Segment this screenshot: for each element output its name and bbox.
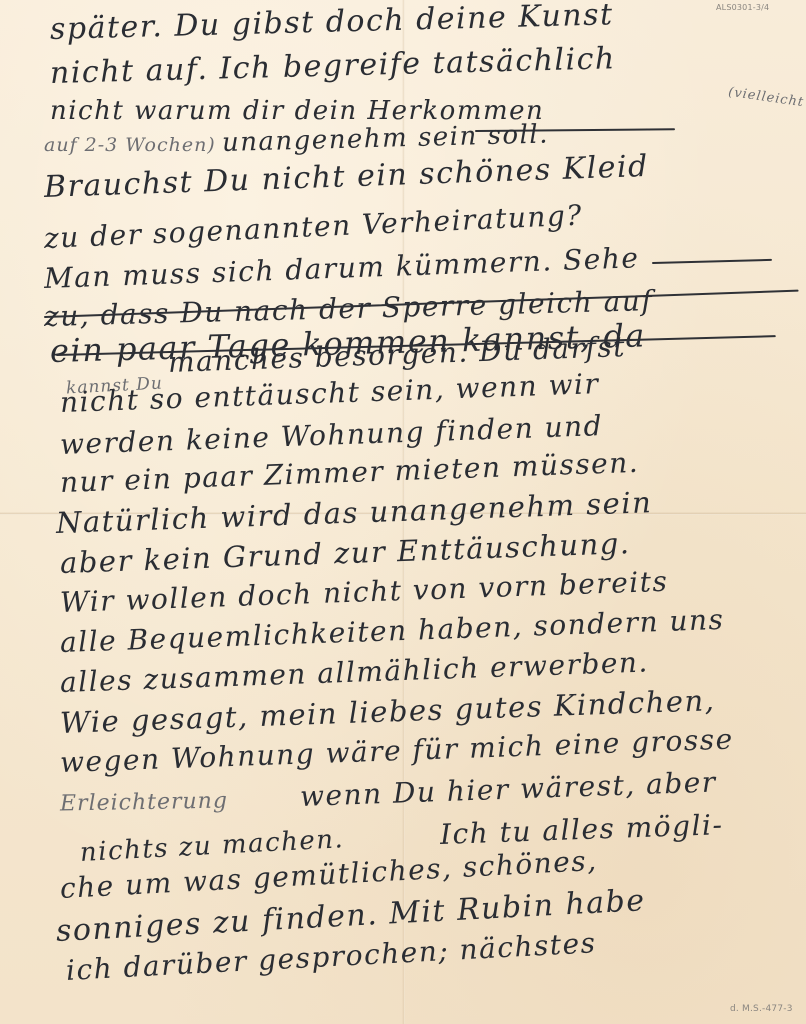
note-erleichterung: Erleichterung <box>60 789 228 817</box>
letter-page: ALS0301-3/4 d. M.S.-477-3 später. Du gib… <box>0 0 806 1024</box>
note-auf-wochen: auf 2-3 Wochen) <box>44 134 216 156</box>
letter-line: Brauchst Du nicht ein schönes Kleid <box>43 149 649 205</box>
margin-note-vielleicht: (vielleicht <box>727 85 805 110</box>
letter-line: nicht auf. Ich begreife tatsächlich <box>50 41 617 91</box>
archive-code-top: ALS0301-3/4 <box>716 3 769 12</box>
underline-sehe <box>652 259 772 264</box>
letter-line: später. Du gibst doch deine Kunst <box>50 0 614 47</box>
archive-code-bottom: d. M.S.-477-3 <box>730 1004 793 1014</box>
letter-line: wenn Du hier wärest, aber <box>299 765 717 813</box>
